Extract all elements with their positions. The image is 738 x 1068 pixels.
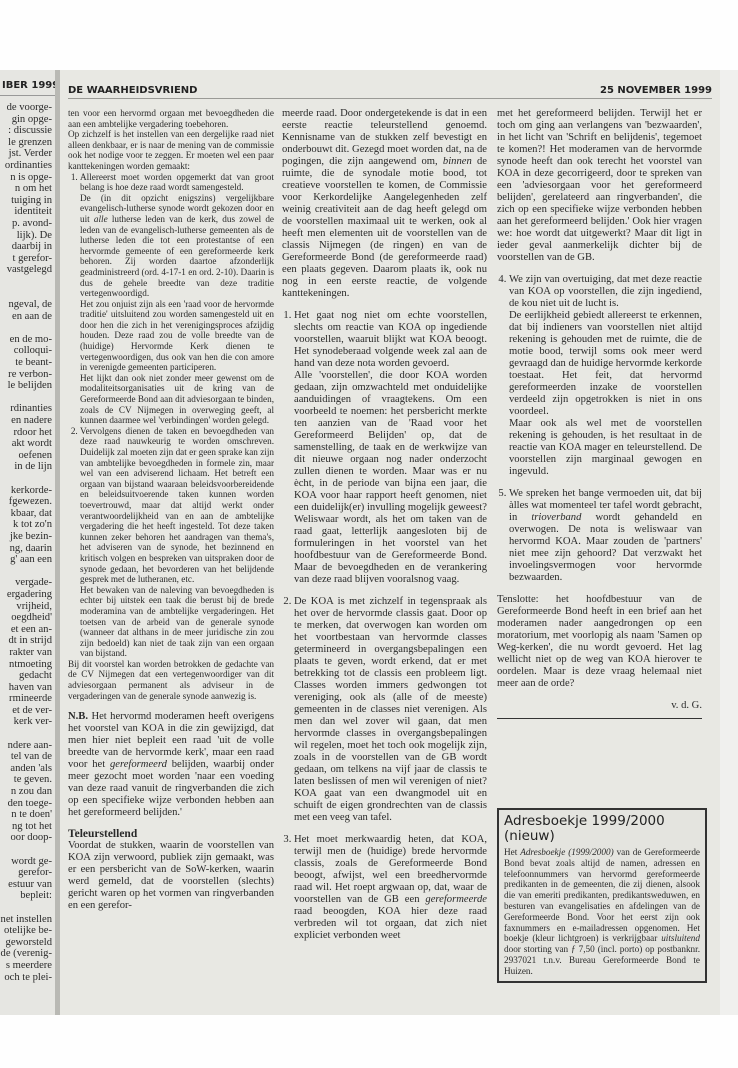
list-item: We spreken het bange vermoeden uit, dat … [509, 488, 702, 584]
page-edge [720, 70, 738, 1015]
paragraph: Op zichzelf is het instellen van een der… [68, 129, 274, 171]
article-column-2: meerde raad. Door ondergetekende is dat … [282, 108, 487, 942]
paragraph: ten voor een hervormd orgaan met bevoegd… [68, 108, 274, 129]
subheading: Teleurstellend [68, 829, 274, 840]
list-item: Het moet merkwaardig heten, dat KOA, ter… [294, 834, 487, 942]
list-item: Allereerst moet worden opgemerkt dat van… [80, 172, 274, 426]
previous-page-text: de voorge- gin opge- : discussie le gren… [0, 102, 52, 983]
previous-page-rule [0, 95, 55, 96]
list-item: We zijn van overtuiging, dat met deze re… [509, 274, 702, 488]
list-item: De KOA is met zichzelf in tegenspraak al… [294, 596, 487, 834]
previous-page-date: IBER 1999 [2, 80, 55, 91]
publication-name: DE WAARHEIDSVRIEND [68, 85, 197, 96]
notice-box: Adresboekje 1999/2000 (nieuw) Het Adresb… [497, 808, 707, 983]
running-head: DE WAARHEIDSVRIEND 25 NOVEMBER 1999 [68, 84, 712, 99]
paragraph: met het gereformeerd belijden. Terwijl h… [497, 108, 702, 264]
issue-date: 25 NOVEMBER 1999 [600, 85, 712, 96]
article-column-1: ten voor een hervormd orgaan met bevoegd… [68, 108, 274, 912]
notice-title: Adresboekje 1999/2000 (nieuw) [504, 814, 700, 844]
scan-margin [0, 1015, 738, 1068]
nb-paragraph: N.B. Het hervormd moderamen heeft overig… [68, 711, 274, 819]
list-item: Vervolgens dienen de taken en bevoegdhed… [80, 426, 274, 659]
closing-paragraph: Tenslotte: het hoofdbestuur van de Geref… [497, 594, 702, 690]
paragraph: Bij dit voorstel kan worden betrokken de… [68, 659, 274, 701]
notice-text: Het Adresboekje (1999/2000) van de Geref… [504, 847, 700, 977]
newspaper-page: DE WAARHEIDSVRIEND 25 NOVEMBER 1999 ten … [60, 70, 720, 1015]
previous-page-strip: IBER 1999 de voorge- gin opge- : discuss… [0, 70, 55, 1015]
article-column-3: met het gereformeerd belijden. Terwijl h… [497, 108, 702, 719]
paragraph: Voordat de stukken, waarin de voorstelle… [68, 840, 274, 912]
author-signature: v. d. G. [497, 700, 702, 719]
list-item: Het gaat nog niet om echte voorstellen, … [294, 310, 487, 596]
paragraph: meerde raad. Door ondergetekende is dat … [282, 108, 487, 300]
